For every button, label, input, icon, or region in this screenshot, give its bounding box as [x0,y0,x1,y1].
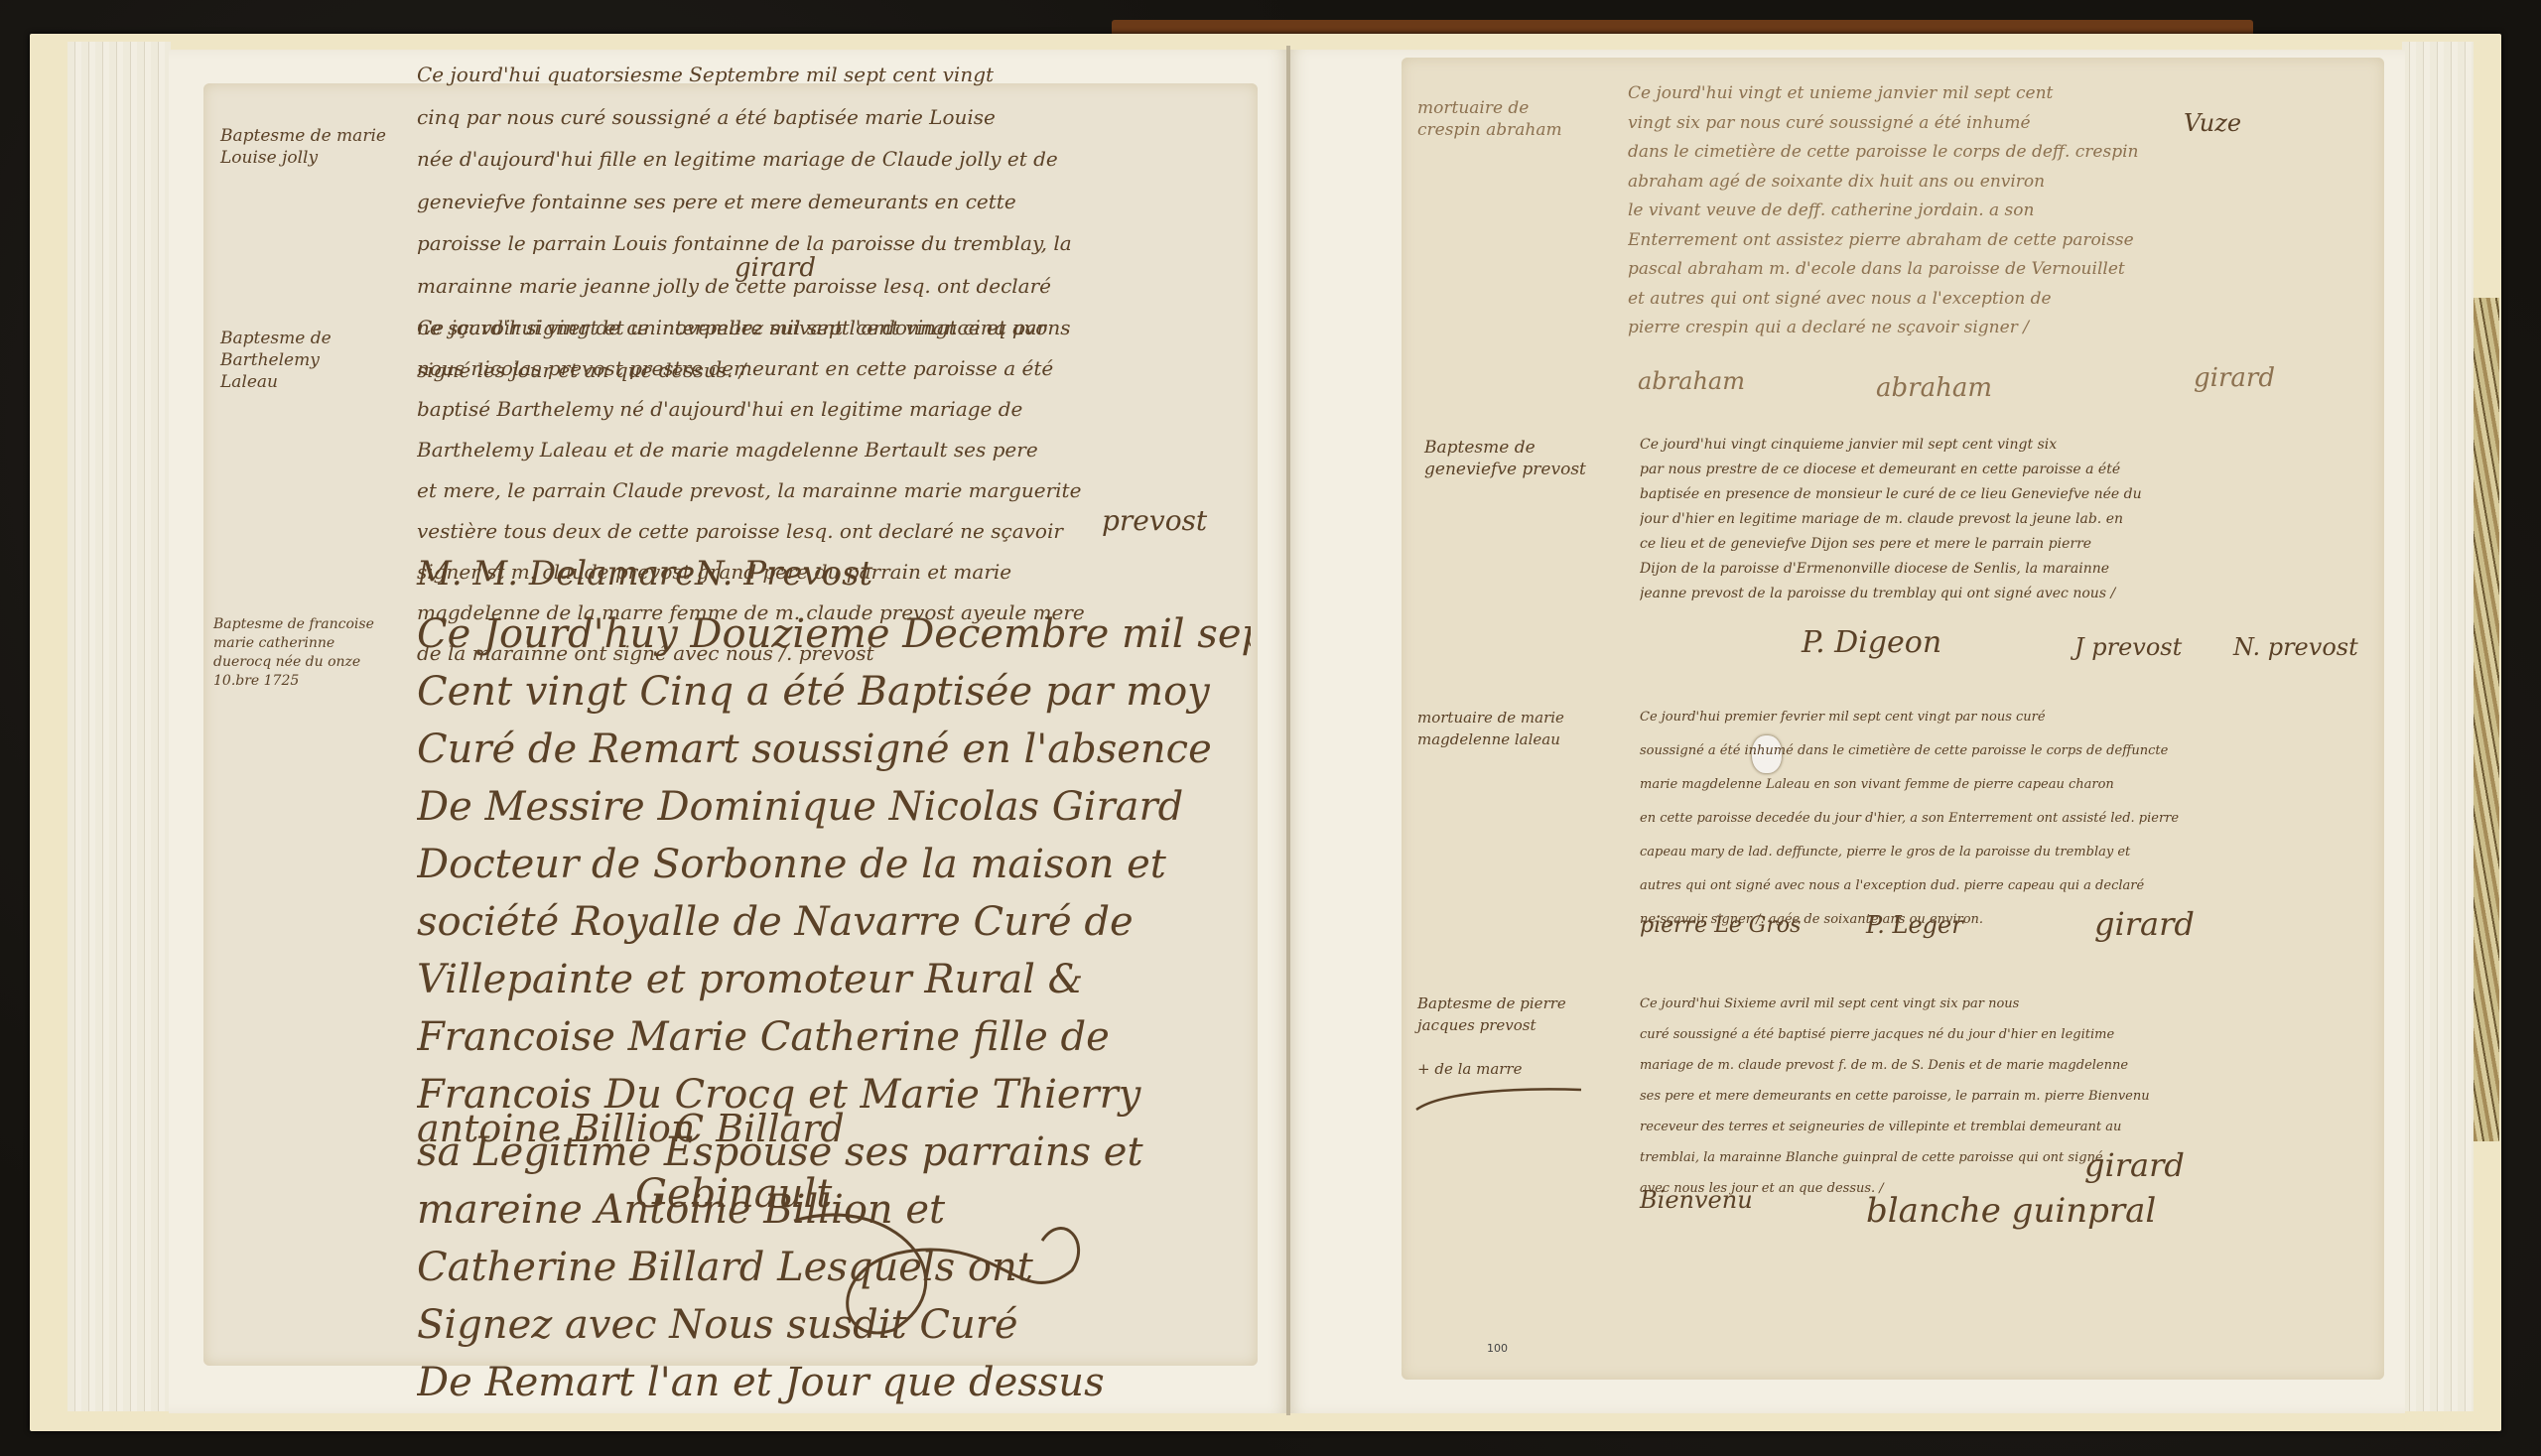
entry-line: marie magdelenne Laleau en son vivant fe… [1640,768,2374,802]
signature: N. Prevost [695,554,872,594]
signature: girard [2084,1146,2185,1184]
margin-note: Baptesme de Barthelemy Laleau [220,328,332,393]
book-gutter [1286,46,1290,1415]
marbled-endpaper [2474,298,2499,1141]
register-entry: Ce jourd'hui premier fevrier mil sept ce… [1640,701,2374,937]
entry-line: Ce Jourd'huy Douzieme Decembre mil sept [417,605,1251,663]
entry-line: Villepainte et promoteur Rural & [417,951,1251,1008]
signature: blanche guinpral [1866,1191,2156,1231]
entry-line: Ce jourd'hui Sixieme avril mil sept cent… [1640,989,2374,1019]
margin-note: mortuaire de crespin abraham [1417,97,1562,141]
entry-line: cinq par nous curé soussigné a été bapti… [417,96,1241,139]
margin-note: Baptesme de pierre jacques prevost + de … [1417,993,1566,1080]
entry-line: baptisée en presence de monsieur le curé… [1640,482,2374,507]
register-entry: Ce jourd'hui vingt cinquieme janvier mil… [1640,433,2374,606]
right-page-stack [2402,42,2474,1411]
left-page-stack [67,42,171,1411]
entry-line: pascal abraham m. d'ecole dans la parois… [1628,255,2372,285]
entry-line: capeau mary de lad. deffuncte, pierre le… [1640,836,2374,869]
entry-line: jeanne prevost de la paroisse du trembla… [1640,582,2374,606]
signature: M. M. Delamare [417,554,695,594]
entry-line: nous nicolas prevost prestre demeurant e… [417,348,1241,389]
signature: antoine Billion [417,1107,695,1150]
margin-note: Baptesme de geneviefve prevost [1424,437,1586,480]
entry-line: Enterrement ont assistez pierre abraham … [1628,226,2372,256]
entry-line: Ce jourd'hui vingt et un novembre mil se… [417,308,1241,348]
entry-line: ses pere et mere demeurants en cette par… [1640,1081,2374,1112]
margin-line-icon [1414,1082,1583,1112]
entry-line: Dijon de la paroisse d'Ermenonville dioc… [1640,557,2374,582]
margin-note: Baptesme de francoise marie catherinne d… [213,615,374,691]
signature: C Billard [675,1107,845,1150]
signature: abraham [1876,373,1992,403]
signature: Vuze [2184,109,2241,137]
margin-note: Baptesme de marie Louise jolly [220,125,386,169]
register-entry: Ce jourd'hui vingt et unieme janvier mil… [1628,79,2372,343]
entry-line: le vivant veuve de deff. catherine jorda… [1628,197,2372,226]
margin-note: mortuaire de marie magdelenne laleau [1417,707,1564,750]
signature: P. Digeon [1802,625,1941,660]
entry-line: Barthelemy Laleau et de marie magdelenne… [417,430,1241,470]
entry-line: société Royalle de Navarre Curé de [417,893,1251,951]
entry-line: Ce jourd'hui vingt cinquieme janvier mil… [1640,433,2374,458]
entry-line: née d'aujourd'hui fille en legitime mari… [417,138,1241,181]
entry-line: Ce jourd'hui vingt et unieme janvier mil… [1628,79,2372,109]
entry-line: pierre crespin qui a declaré ne sçavoir … [1628,314,2372,343]
entry-line: dans le cimetière de cette paroisse le c… [1628,138,2372,168]
entry-line: baptisé Barthelemy né d'aujourd'hui en l… [417,389,1241,430]
entry-line: et autres qui ont signé avec nous a l'ex… [1628,285,2372,315]
entry-line: Ce jourd'hui quatorsiesme Septembre mil … [417,54,1241,96]
signature: pierre Le Gros [1640,913,1801,938]
entry-line: Docteur de Sorbonne de la maison et [417,836,1251,893]
entry-line: ce lieu et de geneviefve Dijon ses pere … [1640,532,2374,557]
entry-line: tremblai, la marainne Blanche guinpral d… [1640,1142,2374,1173]
folio-number: 100 [1487,1342,1508,1355]
signature: abraham [1638,367,1745,395]
entry-line: De Remart l'an et Jour que dessus [417,1354,1251,1411]
entry-line: en cette paroisse decedée du jour d'hier… [1640,802,2374,836]
entry-line: marainne marie jeanne jolly de cette par… [417,265,1241,308]
entry-line: receveur des terres et seigneuries de vi… [1640,1112,2374,1142]
signature: girard [2194,363,2275,393]
entry-line: Curé de Remart soussigné en l'absence [417,721,1251,778]
entry-line: abraham agé de soixante dix huit ans ou … [1628,168,2372,198]
signature: N. prevost [2233,633,2358,661]
signature: Bienvenu [1640,1186,1753,1214]
register-entry: Ce jourd'hui Sixieme avril mil sept cent… [1640,989,2374,1204]
entry-line: curé soussigné a été baptisé pierre jacq… [1640,1019,2374,1050]
signature-flourish-icon [774,1201,1092,1350]
entry-line: autres qui ont signé avec nous a l'excep… [1640,869,2374,903]
entry-line: Ce jourd'hui premier fevrier mil sept ce… [1640,701,2374,734]
signature: girard [2094,905,2195,943]
entry-line: soussigné a été inhumé dans le cimetière… [1640,734,2374,768]
entry-line: Francoise Marie Catherine fille de [417,1008,1251,1066]
entry-line: Cent vingt Cinq a été Baptisée par moy [417,663,1251,721]
entry-line: De Messire Dominique Nicolas Girard [417,778,1251,836]
entry-line: mariage de m. claude prevost f. de m. de… [1640,1050,2374,1081]
entry-line: vingt six par nous curé soussigné a été … [1628,109,2372,139]
signature: P. Leger [1866,911,1963,939]
signature: prevost [1102,504,1207,537]
entry-line: jour d'hier en legitime mariage de m. cl… [1640,507,2374,532]
entry-line: paroisse le parrain Louis fontainne de l… [417,222,1241,265]
entry-line: geneviefve fontainne ses pere et mere de… [417,181,1241,223]
entry-line: par nous prestre de ce diocese et demeur… [1640,458,2374,482]
signature: J prevost [2074,633,2182,661]
signature: girard [735,253,816,283]
